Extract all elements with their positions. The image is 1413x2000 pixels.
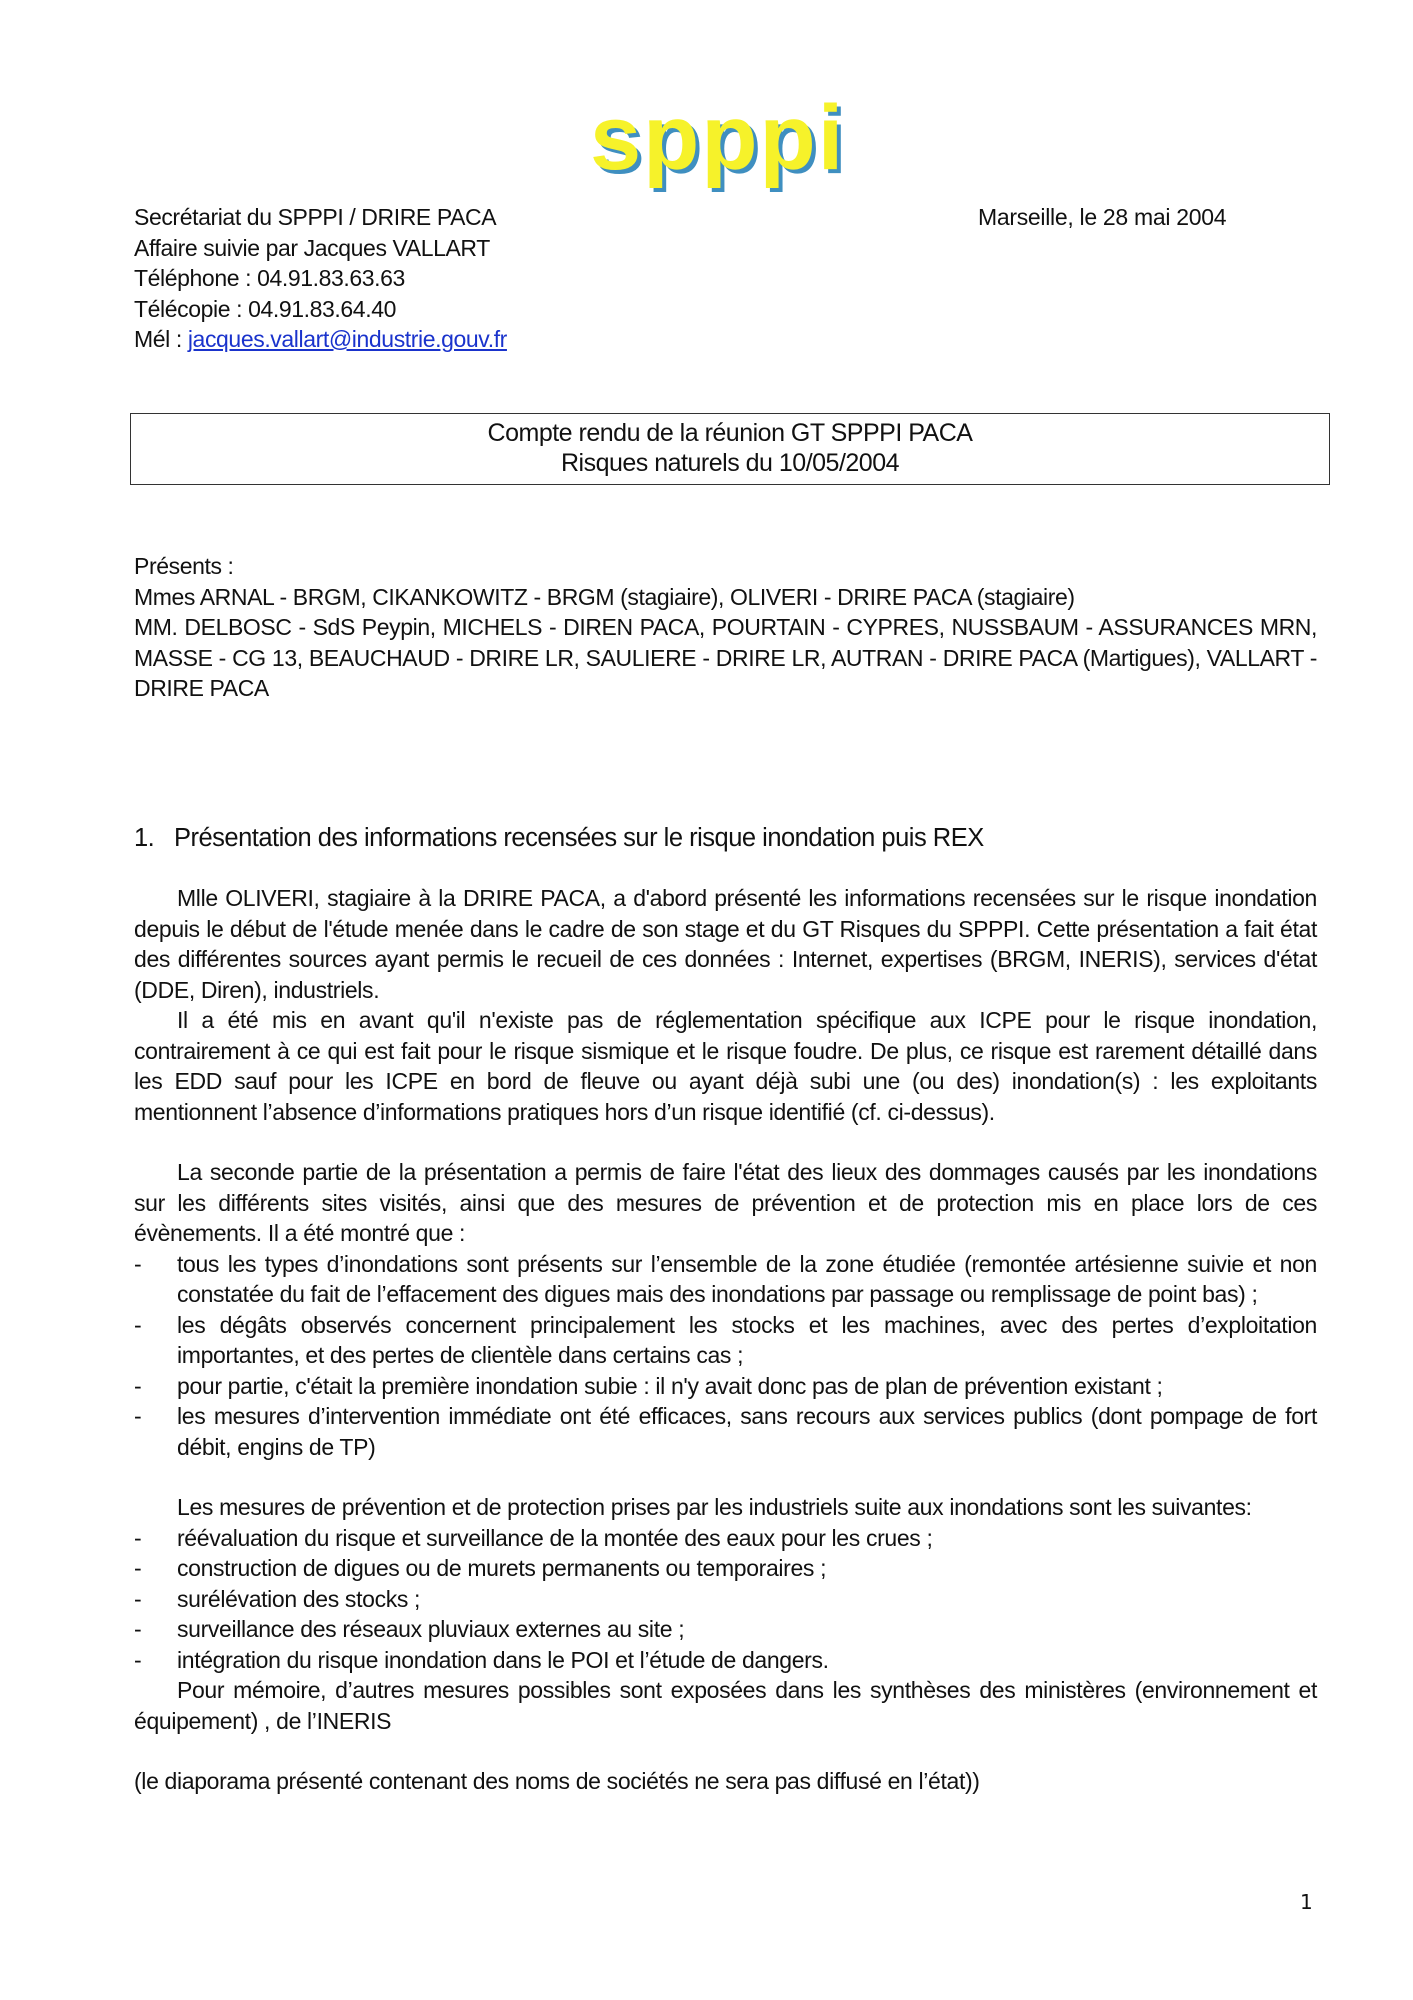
section-title: Présentation des informations recensées … — [174, 824, 984, 852]
sender-line-email: Mél : jacques.vallart@industrie.gouv.fr — [134, 324, 507, 355]
section-number: 1. — [134, 823, 174, 853]
paragraph-damages-intro: La seconde partie de la présentation a p… — [134, 1157, 1317, 1249]
sender-block: Secrétariat du SPPPI / DRIRE PACA Affair… — [134, 202, 507, 355]
bullet-dash: - — [134, 1249, 177, 1310]
bullet-dash: - — [134, 1401, 177, 1462]
bullet-dash: - — [134, 1584, 177, 1615]
sender-line-phone: Téléphone : 04.91.83.63.63 — [134, 263, 507, 294]
paragraph-presentation: Mlle OLIVERI, stagiaire à la DRIRE PACA,… — [134, 883, 1317, 1005]
list-item-text: les mesures d’intervention immédiate ont… — [177, 1401, 1317, 1462]
attendees-mmes: Mmes ARNAL - BRGM, CIKANKOWITZ - BRGM (s… — [134, 582, 1317, 613]
list-item-text: tous les types d’inondations sont présen… — [177, 1249, 1317, 1310]
list-item-text: les dégâts observés concernent principal… — [177, 1310, 1317, 1371]
list-item: -réévaluation du risque et surveillance … — [134, 1523, 1317, 1554]
list-item-text: intégration du risque inondation dans le… — [177, 1645, 1317, 1676]
findings-list: -tous les types d’inondations sont prése… — [134, 1249, 1317, 1463]
place-date: Marseille, le 28 mai 2004 — [978, 202, 1226, 232]
document-title-line2: Risques naturels du 10/05/2004 — [131, 448, 1329, 478]
list-item: -les dégâts observés concernent principa… — [134, 1310, 1317, 1371]
sender-line-contact: Affaire suivie par Jacques VALLART — [134, 233, 507, 264]
list-item: -intégration du risque inondation dans l… — [134, 1645, 1317, 1676]
list-item: -les mesures d’intervention immédiate on… — [134, 1401, 1317, 1462]
list-item-text: réévaluation du risque et surveillance d… — [177, 1523, 1317, 1554]
list-item-text: pour partie, c'était la première inondat… — [177, 1371, 1317, 1402]
paragraph-reminder: Pour mémoire, d’autres mesures possibles… — [134, 1675, 1317, 1736]
document-title-box: Compte rendu de la réunion GT SPPPI PACA… — [130, 413, 1330, 485]
paragraph-regulation: Il a été mis en avant qu'il n'existe pas… — [134, 1005, 1317, 1127]
bullet-dash: - — [134, 1371, 177, 1402]
list-item-text: construction de digues ou de murets perm… — [177, 1553, 1317, 1584]
sender-line-fax: Télécopie : 04.91.83.64.40 — [134, 294, 507, 325]
paragraph-note: (le diaporama présenté contenant des nom… — [134, 1766, 1317, 1797]
attendees-block: Présents : Mmes ARNAL - BRGM, CIKANKOWIT… — [134, 551, 1317, 704]
section-1-heading: 1.Présentation des informations recensée… — [134, 823, 984, 853]
document-title-line1: Compte rendu de la réunion GT SPPPI PACA — [131, 418, 1329, 448]
sender-line-secretariat: Secrétariat du SPPPI / DRIRE PACA — [134, 202, 507, 233]
list-item: -tous les types d’inondations sont prése… — [134, 1249, 1317, 1310]
list-item-text: surveillance des réseaux pluviaux extern… — [177, 1614, 1317, 1645]
page-number: 1 — [1300, 1890, 1313, 1914]
bullet-dash: - — [134, 1310, 177, 1371]
spppi-logo: spppi — [590, 92, 845, 184]
list-item-text: surélévation des stocks ; — [177, 1584, 1317, 1615]
attendees-label: Présents : — [134, 551, 1317, 582]
list-item: -pour partie, c'était la première inonda… — [134, 1371, 1317, 1402]
bullet-dash: - — [134, 1614, 177, 1645]
list-item: -surveillance des réseaux pluviaux exter… — [134, 1614, 1317, 1645]
email-label: Mél : — [134, 326, 188, 352]
email-link[interactable]: jacques.vallart@industrie.gouv.fr — [188, 326, 507, 352]
section-1-body: Mlle OLIVERI, stagiaire à la DRIRE PACA,… — [134, 883, 1317, 1797]
bullet-dash: - — [134, 1645, 177, 1676]
list-item: -construction de digues ou de murets per… — [134, 1553, 1317, 1584]
attendees-mm: MM. DELBOSC - SdS Peypin, MICHELS - DIRE… — [134, 612, 1317, 704]
measures-list: -réévaluation du risque et surveillance … — [134, 1523, 1317, 1676]
bullet-dash: - — [134, 1523, 177, 1554]
list-item: -surélévation des stocks ; — [134, 1584, 1317, 1615]
bullet-dash: - — [134, 1553, 177, 1584]
paragraph-measures-intro: Les mesures de prévention et de protecti… — [134, 1492, 1317, 1523]
